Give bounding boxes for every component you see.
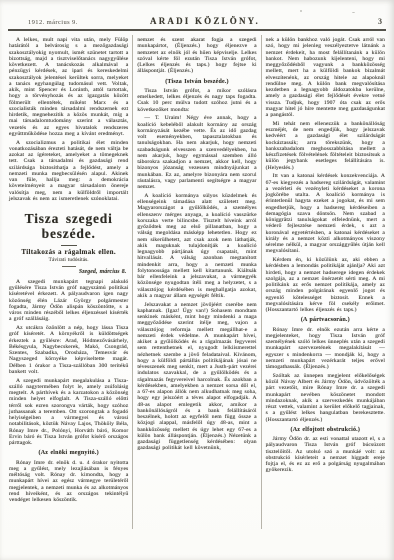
scan-artifact <box>300 10 302 12</box>
body-paragraph: Tisza István grófot, a mikor szólásra em… <box>137 88 256 113</box>
body-paragraph: Kérdem én, ki közülünk az, aki ebben a k… <box>266 257 385 313</box>
body-paragraph: A szocializmus a politikai élet minden v… <box>9 140 128 203</box>
body-paragraph: Szóltak az ünnepen megjelent előkelősége… <box>266 373 385 423</box>
body-paragraph: Rónay Imre dr. elnök ezután arra kérte a… <box>266 327 385 371</box>
article-subtitle: Tiltakozás a rágalmak ellen. <box>9 249 128 255</box>
body-paragraph: Itt van a katonai kérdések konzekvenciáj… <box>266 173 385 254</box>
newspaper-page: 1912. március 9. ARADI KÖZLÖNY. 3 A lelk… <box>0 0 394 560</box>
body-paragraph: Jelszavakat a nemzet jövőjéért cserébe n… <box>137 302 256 452</box>
page-header: 1912. március 9. ARADI KÖZLÖNY. 3 <box>8 16 386 31</box>
subhead-obstruction: (Az elfojtott obstrukció.) <box>266 427 385 433</box>
column-3: nek a külön bankhoz való jogát. Csak arr… <box>261 35 389 529</box>
subhead-opening: (Az elnöki megnyitó.) <box>9 450 128 456</box>
body-paragraph: Mi tehát nem ellenezzük a bankönállóság … <box>266 121 385 171</box>
body-paragraph: nemzet és szent akarat fogja a szegedi m… <box>137 37 256 75</box>
scan-artifact <box>352 12 355 13</box>
body-paragraph: A szegedi munkapárt megalakulása a Tisza… <box>9 378 128 447</box>
subhead-banquet: (A pártvacsorán.) <box>266 317 385 323</box>
headline-divider <box>61 245 77 246</box>
issue-date: 1912. március 9. <box>8 19 139 26</box>
body-paragraph: A koalíció kormánya súlyos küzdelmek és … <box>137 193 256 299</box>
column-container: A lelkes, mult napi vita után, mely Fülö… <box>5 35 389 529</box>
body-paragraph: — T. Uraim! Négy éve annak, hogy a koalí… <box>137 115 256 190</box>
wire-note: Távirati tudósítás. <box>9 257 128 263</box>
subhead-speech: (Tisza István beszéde.) <box>137 79 256 85</box>
column-1: A lelkes, mult napi vita után, mely Fülö… <box>5 35 132 529</box>
body-paragraph: Az utcákra özönlött a nép, hogy lássa Ti… <box>9 325 128 375</box>
article-headline: Tisza szegedi beszéde. <box>9 211 128 241</box>
wire-note-rule <box>62 266 76 267</box>
page-number: 3 <box>271 17 386 26</box>
column-2: nemzet és szent akarat fogja a szegedi m… <box>132 35 260 529</box>
body-paragraph: A szegedi munkapárt tegnapi alakuló gyűl… <box>9 279 128 323</box>
body-paragraph: A lelkes, mult napi vita után, mely Fülö… <box>9 37 128 137</box>
article-dateline: Szeged, március 8. <box>9 269 126 275</box>
masthead-title: ARADI KÖZLÖNY. <box>139 16 272 26</box>
body-paragraph: Jármy Ödön dr. az esti vonattal utazott … <box>266 436 385 474</box>
body-paragraph: nek a külön bankhoz való jogát. Csak arr… <box>266 37 385 118</box>
article-head: Tisza szegedi beszéde. Tiltakozás a rága… <box>9 211 128 275</box>
body-paragraph: Rónay Imre dr. elnök d. u. 4 órakor nyit… <box>9 460 128 504</box>
